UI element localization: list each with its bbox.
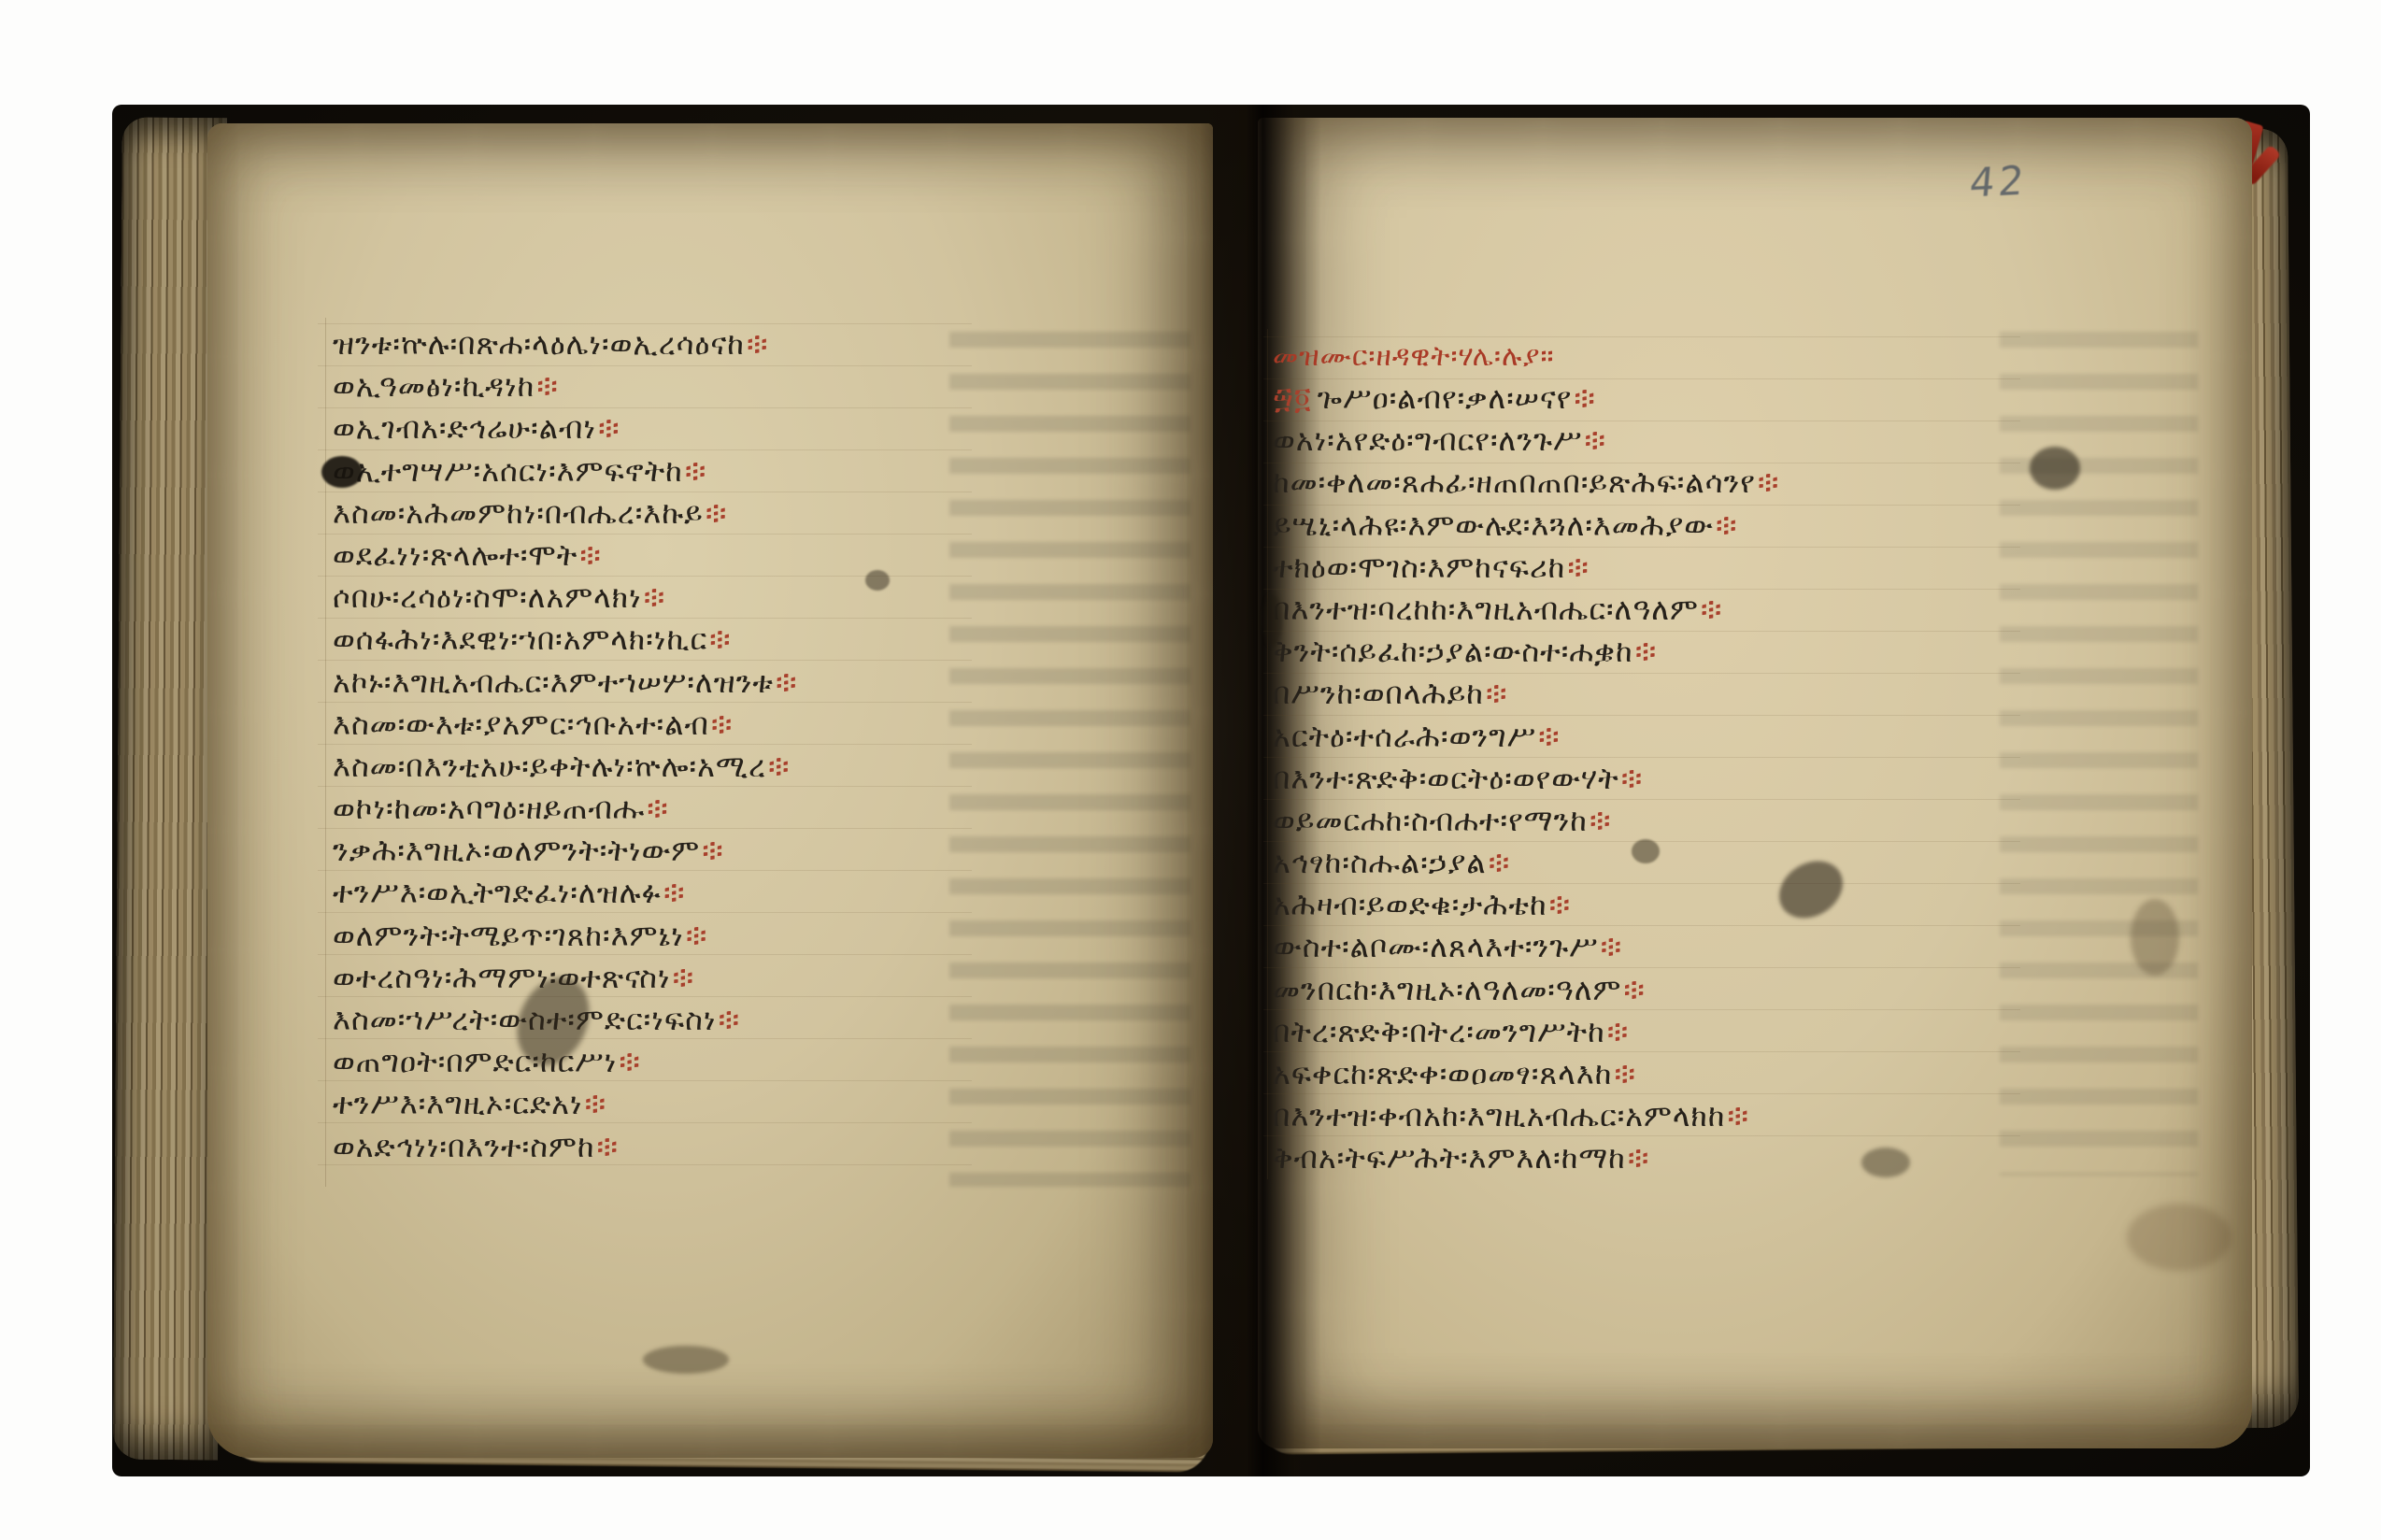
paragraph-separator-mark: ፨	[1486, 676, 1507, 711]
paragraph-separator-mark: ፨	[598, 410, 620, 446]
manuscript-text-line: ንቃሕ፡እግዚኦ፡ወለምንት፡ትነውም፨	[333, 830, 797, 872]
manuscript-text-line: እስመ፡ውእቱ፡ያአምር፡ኅቡአተ፡ልብ፨	[333, 704, 797, 746]
smudge-stain	[2030, 447, 2080, 490]
paragraph-separator-mark: ፨	[1607, 1014, 1629, 1049]
paragraph-separator-mark: ፨	[663, 875, 685, 910]
manuscript-text-line: በሥንከ፡ወበላሕይከ፨	[1273, 673, 1779, 715]
line-text: በትረ፡ጽድቅ፡በትረ፡መንግሥትከ	[1273, 1014, 1605, 1049]
smudge-stain	[1263, 594, 1282, 647]
manuscript-text-line: አፍቀርከ፡ጽድቀ፡ወዐመፃ፡ጸላእከ፨	[1273, 1053, 1779, 1095]
line-text: ወኢተግሣሥ፡አሰርነ፡እምፍኖትከ	[333, 453, 683, 489]
manuscript-text-line: እስመ፡በእንቲአሁ፡ይቀትሉነ፡ኵሎ፡አሚረ፨	[333, 746, 797, 788]
paragraph-separator-mark: ፨	[1621, 761, 1643, 796]
paragraph-separator-mark: ፨	[585, 1086, 606, 1121]
manuscript-text-line: ከመ፡ቀለመ፡ጸሐፊ፡ዘጠበጠበ፡ይጽሕፍ፡ልሳንየ፨	[1273, 462, 1779, 504]
paragraph-separator-mark: ፨	[647, 791, 668, 826]
manuscript-text-line: ወኮነ፡ከመ፡አባግዕ፡ዘይጠብሑ፨	[333, 788, 797, 830]
manuscript-text-line: ወኢዓመፅነ፡ኪዳነከ፨	[333, 365, 797, 407]
manuscript-text-line: በእንተዝ፡ቀብአከ፡እግዚአብሔር፡አምላክከ፨	[1273, 1095, 1779, 1137]
line-text: ወኢገብአ፡ድኅሬሁ፡ልብነ	[333, 410, 596, 446]
line-text: ወአነ፡አየድዕ፡ግብርየ፡ለንጉሥ	[1273, 422, 1582, 458]
manuscript-text-line: ወኢተግሣሥ፡አሰርነ፡እምፍኖትከ፨	[333, 450, 797, 492]
manuscript-text-line: ወኢገብአ፡ድኅሬሁ፡ልብነ፨	[333, 407, 797, 449]
smudge-stain	[1632, 839, 1660, 863]
manuscript-text-line: አኮኑ፡እግዚአብሔር፡እምተኀሠሦ፡ለዝንቱ፨	[333, 662, 797, 704]
bleed-through-text-right	[2000, 320, 2198, 1176]
manuscript-text-line: በእንተዝ፡ባረከከ፡እግዚአብሔር፡ለዓለም፨	[1273, 589, 1779, 631]
manuscript-text-line: እስመ፡አሕመምከነ፡በብሔረ፡እኩይ፨	[333, 492, 797, 535]
paragraph-separator-mark: ፨	[644, 579, 665, 615]
manuscript-scan: 42 ዝንቱ፡ኵሉ፡በጽሐ፡ላዕሌነ፡ወኢረሳዕናከ፨ወኢዓመፅነ፡ኪዳነከ፨ወ…	[0, 0, 2381, 1540]
line-text: አኅፃከ፡ስሑል፡ኃያል	[1273, 845, 1487, 880]
line-text: ተንሥእ፡ወኢትግድፈነ፡ለዝሉፉ	[333, 875, 662, 910]
manuscript-text-line: በእንተ፡ጽድቅ፡ወርትዕ፡ወየውሃት፨	[1273, 758, 1779, 800]
ink-blot	[321, 456, 363, 488]
paragraph-separator-mark: ፨	[1614, 1056, 1635, 1091]
line-text: ተንሥእ፡እግዚኦ፡ርድአነ	[333, 1086, 583, 1121]
paragraph-separator-mark: ፨	[686, 918, 707, 953]
manuscript-text-line: ዝንቱ፡ኵሉ፡በጽሐ፡ላዕሌነ፡ወኢረሳዕናከ፨	[333, 323, 797, 365]
line-text: መንበርከ፡እግዚኦ፡ለዓለመ፡ዓለም	[1273, 972, 1621, 1007]
manuscript-text-line: ወይመርሐከ፡ስብሐተ፡የማንከ፨	[1273, 800, 1779, 842]
manuscript-text-line: አሕዛብ፡ይወድቁ፡ታሕቴከ፨	[1273, 884, 1779, 926]
paragraph-separator-mark: ፨	[1623, 972, 1645, 1007]
paragraph-separator-mark: ፨	[1716, 507, 1737, 543]
line-text: በሥንከ፡ወበላሕይከ	[1273, 676, 1484, 711]
paragraph-separator-mark: ፨	[1628, 1140, 1649, 1176]
paragraph-separator-mark: ፨	[1549, 887, 1571, 922]
paragraph-separator-mark: ፨	[1567, 549, 1589, 585]
paragraph-separator-mark: ፨	[768, 749, 790, 784]
line-text: ቅብአ፡ትፍሥሕት፡እምእለ፡ከማከ	[1273, 1140, 1626, 1176]
line-text: ወኮነ፡ከመ፡አባግዕ፡ዘይጠብሑ	[333, 791, 645, 826]
manuscript-text-line: ቅብአ፡ትፍሥሕት፡እምእለ፡ከማከ፨	[1273, 1137, 1779, 1179]
manuscript-text-line: አርትዕ፡ተሰራሕ፡ወንግሥ፨	[1273, 716, 1779, 758]
line-text: እስመ፡በእንቲአሁ፡ይቀትሉነ፡ኵሎ፡አሚረ	[333, 749, 766, 784]
paragraph-separator-mark: ፨	[1489, 845, 1510, 880]
line-text: አርትዕ፡ተሰራሕ፡ወንግሥ	[1273, 719, 1536, 754]
paragraph-separator-mark: ፨	[579, 537, 601, 573]
smudge-stain	[2127, 1204, 2231, 1271]
line-text: እስመ፡አሕመምከነ፡በብሔረ፡እኩይ	[333, 495, 704, 531]
paragraph-separator-mark: ፨	[706, 495, 727, 531]
line-text: ወተረስዓነ፡ሕማምነ፡ወተጽናስነ	[333, 960, 671, 995]
line-text: አሕዛብ፡ይወድቁ፡ታሕቴከ	[1273, 887, 1547, 922]
line-text: እስመ፡ውእቱ፡ያአምር፡ኅቡአተ፡ልብ	[333, 706, 709, 742]
line-text: በእንተ፡ጽድቅ፡ወርትዕ፡ወየውሃት	[1273, 761, 1619, 796]
paragraph-separator-mark: ፨	[1590, 803, 1611, 838]
manuscript-text-line: አኅፃከ፡ስሑል፡ኃያል፨	[1273, 842, 1779, 884]
line-text: ይሤኒ፡ላሕዩ፡እምውሉደ፡እጓለ፡እመሕያው	[1273, 507, 1714, 543]
paragraph-separator-mark: ፨	[1601, 929, 1622, 964]
line-text: ጐሥዐ፡ልብየ፡ቃለ፡ሠናየ	[1318, 380, 1573, 416]
line-text: ወሰፋሕነ፡እደዊነ፡ኀበ፡አምላክ፡ነኪር	[333, 621, 707, 657]
paragraph-separator-mark: ፨	[709, 621, 731, 657]
paragraph-separator-mark: ፨	[1574, 380, 1595, 416]
manuscript-text-line: በትረ፡ጽድቅ፡በትረ፡መንግሥትከ፨	[1273, 1011, 1779, 1053]
manuscript-text-line: ውስተ፡ልቦሙ፡ለጸላእተ፡ንጉሥ፨	[1273, 926, 1779, 968]
paragraph-separator-mark: ፨	[1727, 1098, 1748, 1134]
manuscript-text-line: ወሰፋሕነ፡እደዊነ፡ኀበ፡አምላክ፡ነኪር፨	[333, 619, 797, 661]
paragraph-separator-mark: ፨	[673, 960, 694, 995]
margin-guide-left	[325, 318, 326, 1187]
smudge-stain	[2131, 899, 2179, 976]
paragraph-separator-mark: ፨	[536, 368, 558, 404]
psalm-heading: መዝሙር፡ዘዳዊት፡ሃሌ፡ሉያ።	[1273, 340, 1555, 373]
bleed-through-text-left	[949, 320, 1190, 1187]
paragraph-separator-mark: ፨	[711, 706, 733, 742]
paragraph-separator-mark: ፨	[776, 664, 797, 700]
smudge-stain	[1861, 1148, 1910, 1177]
line-text: ንቃሕ፡እግዚኦ፡ወለምንት፡ትነውም	[333, 833, 700, 868]
margin-guide-right	[1267, 329, 1268, 1179]
manuscript-text-line: መንበርከ፡እግዚኦ፡ለዓለመ፡ዓለም፨	[1273, 969, 1779, 1011]
folio-number: 42	[1968, 157, 2030, 207]
line-text: ውስተ፡ልቦሙ፡ለጸላእተ፡ንጉሥ	[1273, 929, 1599, 964]
paragraph-separator-mark: ፨	[619, 1044, 640, 1079]
manuscript-text-line: ቅንት፡ሰይፈከ፡ኃያል፡ውስተ፡ሐቌከ፨	[1273, 631, 1779, 673]
paragraph-separator-mark: ፨	[1584, 422, 1605, 458]
line-text: ሶበሁ፡ረሳዕነ፡ስሞ፡ለአምላክነ	[333, 579, 642, 615]
paragraph-separator-mark: ፨	[747, 326, 768, 362]
line-text: ቅንት፡ሰይፈከ፡ኃያል፡ውስተ፡ሐቌከ	[1273, 634, 1633, 669]
line-text: አፍቀርከ፡ጽድቀ፡ወዐመፃ፡ጸላእከ	[1273, 1056, 1612, 1091]
paragraph-separator-mark: ፨	[1538, 719, 1560, 754]
paragraph-separator-mark: ፨	[1758, 464, 1779, 500]
line-text: በእንተዝ፡ባረከከ፡እግዚአብሔር፡ለዓለም	[1273, 592, 1699, 627]
manuscript-text-line: ተንሥእ፡እግዚኦ፡ርድአነ፨	[333, 1083, 797, 1125]
manuscript-text-line: ፵፬ጐሥዐ፡ልብየ፡ቃለ፡ሠናየ፨	[1273, 378, 1779, 420]
smudge-stain	[865, 570, 890, 591]
smudge-stain	[643, 1346, 729, 1374]
manuscript-text-line: ተክዕወ፡ሞገስ፡እምከናፍሪከ፨	[1273, 547, 1779, 589]
line-text: ከመ፡ቀለመ፡ጸሐፊ፡ዘጠበጠበ፡ይጽሕፍ፡ልሳንየ	[1273, 464, 1756, 500]
line-text: ተክዕወ፡ሞገስ፡እምከናፍሪከ	[1273, 549, 1565, 585]
paragraph-separator-mark: ፨	[1635, 634, 1657, 669]
manuscript-text-line: ሶበሁ፡ረሳዕነ፡ስሞ፡ለአምላክነ፨	[333, 577, 797, 619]
line-text: ወደፈነነ፡ጽላሎተ፡ሞት	[333, 537, 577, 573]
line-text: ወአድኅነነ፡በእንተ፡ስምከ	[333, 1129, 595, 1164]
manuscript-text-line: ወአድኅነነ፡በእንተ፡ስምከ፨	[333, 1126, 797, 1168]
line-text: አኮኑ፡እግዚአብሔር፡እምተኀሠሦ፡ለዝንቱ	[333, 664, 774, 700]
paragraph-separator-mark: ፨	[597, 1129, 619, 1164]
line-text: ወለምንት፡ትሜይጥ፡ገጸከ፡እምኔነ	[333, 918, 684, 953]
paragraph-separator-mark: ፨	[719, 1002, 740, 1037]
manuscript-text-line: ወአነ፡አየድዕ፡ግብርየ፡ለንጉሥ፨	[1273, 420, 1779, 462]
manuscript-text-line: ይሤኒ፡ላሕዩ፡እምውሉደ፡እጓለ፡እመሕያው፨	[1273, 505, 1779, 547]
line-text: በእንተዝ፡ቀብአከ፡እግዚአብሔር፡አምላክከ	[1273, 1098, 1725, 1134]
psalm-number: ፵፬	[1273, 380, 1312, 416]
manuscript-text-line: ወደፈነነ፡ጽላሎተ፡ሞት፨	[333, 535, 797, 577]
paragraph-separator-mark: ፨	[702, 833, 723, 868]
manuscript-text-line: ተንሥእ፡ወኢትግድፈነ፡ለዝሉፉ፨	[333, 872, 797, 914]
line-text: ወኢዓመፅነ፡ኪዳነከ	[333, 368, 535, 404]
manuscript-text-line: ወለምንት፡ትሜይጥ፡ገጸከ፡እምኔነ፨	[333, 915, 797, 957]
line-text: ዝንቱ፡ኵሉ፡በጽሐ፡ላዕሌነ፡ወኢረሳዕናከ	[333, 326, 745, 362]
paragraph-separator-mark: ፨	[1701, 592, 1722, 627]
line-text: ወይመርሐከ፡ስብሐተ፡የማንከ	[1273, 803, 1588, 838]
paragraph-separator-mark: ፨	[685, 453, 706, 489]
right-page-text-block: ፵፬ጐሥዐ፡ልብየ፡ቃለ፡ሠናየ፨ወአነ፡አየድዕ፡ግብርየ፡ለንጉሥ፨ከመ፡ቀ…	[1273, 378, 1779, 1180]
